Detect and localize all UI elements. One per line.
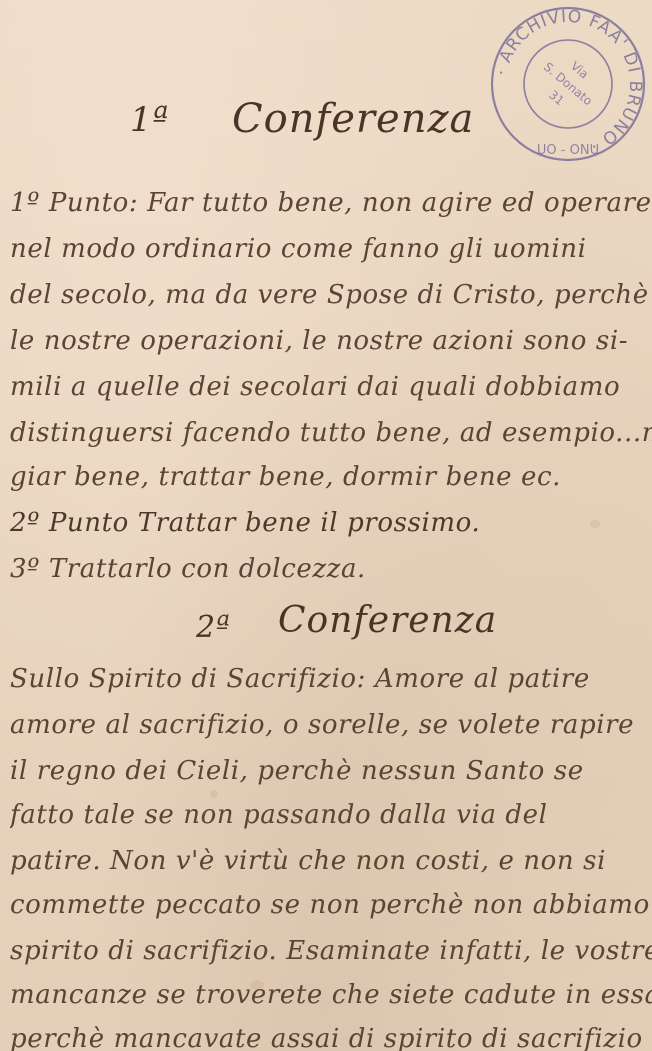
section2-line-8: mancanze se troverete che siete cadute i… (10, 980, 652, 1010)
section1-title: Conferenza (232, 96, 474, 142)
section2-line-6: commette peccato se non perchè non abbia… (10, 890, 652, 920)
manuscript-page: · ARCHIVIO FAA' DI BRUNO · UO - ONU Via … (0, 0, 652, 1051)
section2-ordinal: 2ª (196, 610, 231, 645)
section2-line-7: spirito di sacrifizio. Esaminate infatti… (10, 936, 652, 966)
section1-line-9: 3º Trattarlo con dolcezza. (10, 554, 652, 584)
section2-line-1: Sullo Spirito di Sacrifizio: Amore al pa… (10, 664, 652, 694)
section1-line-4: le nostre operazioni, le nostre azioni s… (10, 326, 652, 356)
section1-line-8: 2º Punto Trattar bene il prossimo. (10, 508, 652, 538)
archive-stamp: · ARCHIVIO FAA' DI BRUNO · UO - ONU Via … (488, 4, 648, 164)
section1-line-7: giar bene, trattar bene, dormir bene ec. (10, 462, 652, 492)
section2-title: Conferenza (278, 600, 497, 641)
section1-line-5: mili a quelle dei secolari dai quali dob… (10, 372, 652, 402)
stamp-bottom-text: UO - ONU (537, 143, 599, 158)
section2-line-9: perchè mancavate assai di spirito di sac… (10, 1024, 652, 1051)
stamp-inner-line-3: 31 (546, 88, 567, 109)
section1-line-3: del secolo, ma da vere Spose di Cristo, … (10, 280, 652, 310)
section1-line-1: 1º Punto: Far tutto bene, non agire ed o… (10, 188, 652, 218)
section2-line-2: amore al sacrifizio, o sorelle, se volet… (10, 710, 652, 740)
stamp-seal-icon: · ARCHIVIO FAA' DI BRUNO · UO - ONU Via … (488, 4, 648, 164)
section1-line-6: distinguersi facendo tutto bene, ad esem… (10, 418, 652, 448)
section2-line-5: patire. Non v'è virtù che non costi, e n… (10, 846, 652, 876)
section2-line-4: fatto tale se non passando dalla via del (10, 800, 652, 830)
section1-ordinal: 1ª (130, 100, 169, 140)
section2-line-3: il regno dei Cieli, perchè nessun Santo … (10, 756, 652, 786)
paper-stain (210, 790, 218, 798)
section1-line-2: nel modo ordinario come fanno gli uomini (10, 234, 652, 264)
